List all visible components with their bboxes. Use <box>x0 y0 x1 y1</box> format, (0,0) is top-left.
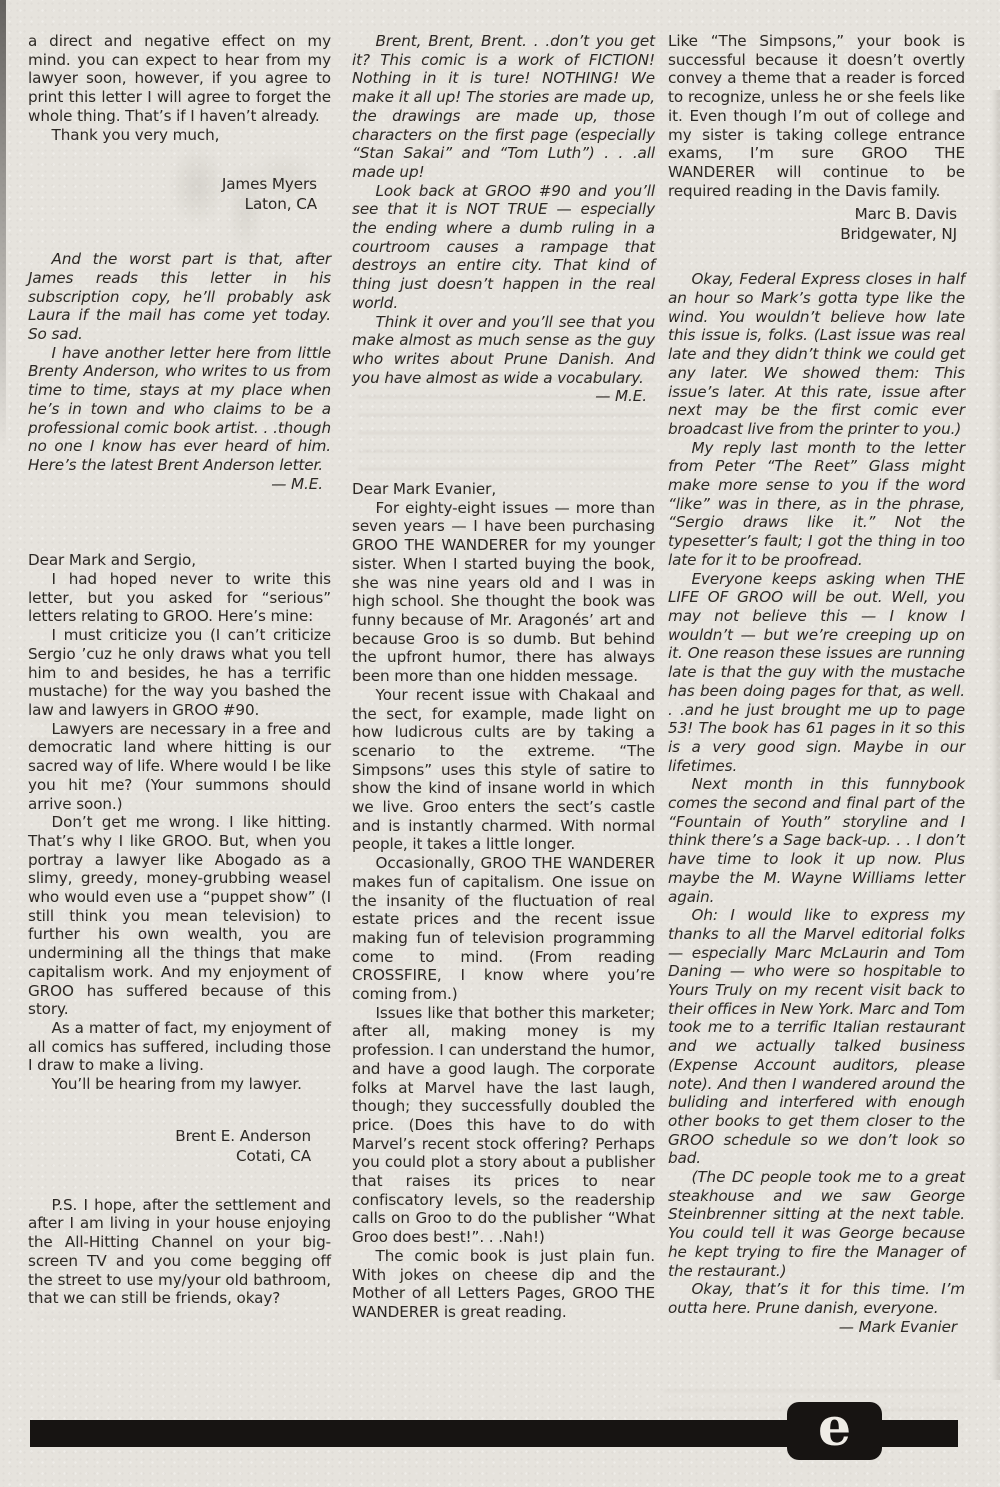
letter-paragraph: I had hoped never to write this letter, … <box>28 570 331 626</box>
editor-reply-paragraph: I have another letter here from little B… <box>28 344 331 475</box>
letter-signature-name: Brent E. Anderson <box>28 1126 311 1146</box>
letter-signature: James Myers Laton, CA <box>28 174 317 214</box>
editor-signature: — Mark Evanier <box>668 1318 965 1337</box>
letter-paragraph: I must criticize you (I can’t criticize … <box>28 626 331 720</box>
letter-signature: Brent E. Anderson Cotati, CA <box>28 1126 311 1166</box>
letter-paragraph: Thank you very much, <box>28 126 331 145</box>
editor-reply-paragraph: Okay, that’s it for this time. I’m outta… <box>668 1280 965 1317</box>
editor-reply-paragraph: Think it over and you’ll see that you ma… <box>352 313 655 388</box>
letter-paragraph: Don’t get me wrong. I like hitting. That… <box>28 813 331 1019</box>
editor-reply-paragraph: My reply last month to the letter from P… <box>668 439 965 570</box>
letter-paragraph: Occasionally, GROO THE WANDERER makes fu… <box>352 854 655 1004</box>
letter-signature-city: Bridgewater, NJ <box>668 224 957 244</box>
letter-salutation: Dear Mark Evanier, <box>352 480 655 499</box>
letter-paragraph: Issues like that bother this marketer; a… <box>352 1004 655 1247</box>
letter-paragraph: The comic book is just plain fun. With j… <box>352 1247 655 1322</box>
letter-signature-city: Laton, CA <box>28 194 317 214</box>
editor-reply-paragraph: Okay, Federal Express closes in half an … <box>668 270 965 438</box>
editor-reply-paragraph: Brent, Brent, Brent. . .don’t you get it… <box>352 32 655 182</box>
letter-signature-name: Marc B. Davis <box>668 204 957 224</box>
page-edge-shadow-right <box>991 90 1000 1380</box>
letters-column-1: a direct and negative effect on my mind.… <box>28 32 331 1308</box>
letter-paragraph: a direct and negative effect on my mind.… <box>28 32 331 126</box>
letter-paragraph: For eighty-eight issues — more than seve… <box>352 499 655 686</box>
editor-reply-paragraph: And the worst part is that, after James … <box>28 250 331 344</box>
logo-letter: e <box>818 1402 851 1454</box>
editor-reply-paragraph: Look back at GROO #90 and you’ll see tha… <box>352 182 655 313</box>
letters-column-2: Brent, Brent, Brent. . .don’t you get it… <box>352 32 655 1322</box>
editor-reply-paragraph: Everyone keeps asking when THE LIFE OF G… <box>668 570 965 776</box>
letters-page: a direct and negative effect on my mind.… <box>0 0 1000 1487</box>
letter-paragraph: You’ll be hearing from my lawyer. <box>28 1075 331 1094</box>
letter-signature-city: Cotati, CA <box>28 1146 311 1166</box>
letter-paragraph: Your recent issue with Chakaal and the s… <box>352 686 655 854</box>
letter-paragraph: As a matter of fact, my enjoyment of all… <box>28 1019 331 1075</box>
editor-initials: — M.E. <box>352 387 655 406</box>
letter-ps-paragraph: P.S. I hope, after the settlement and af… <box>28 1196 331 1308</box>
editor-reply-paragraph: (The DC people took me to a great steakh… <box>668 1168 965 1280</box>
letter-signature-name: James Myers <box>28 174 317 194</box>
letter-signature: Marc B. Davis Bridgewater, NJ <box>668 204 957 244</box>
letter-paragraph: Lawyers are necessary in a free and demo… <box>28 720 331 814</box>
letter-paragraph: Like “The Simpsons,” your book is succes… <box>668 32 965 200</box>
editor-reply-paragraph: Next month in this funnybook comes the s… <box>668 775 965 906</box>
page-edge-shadow-left <box>0 0 6 450</box>
evanier-e-logo: e <box>787 1402 882 1460</box>
letters-column-3: Like “The Simpsons,” your book is succes… <box>668 32 965 1336</box>
editor-reply-paragraph: Oh: I would like to express my thanks to… <box>668 906 965 1168</box>
editor-initials: — M.E. <box>28 475 331 494</box>
letter-salutation: Dear Mark and Sergio, <box>28 551 331 570</box>
